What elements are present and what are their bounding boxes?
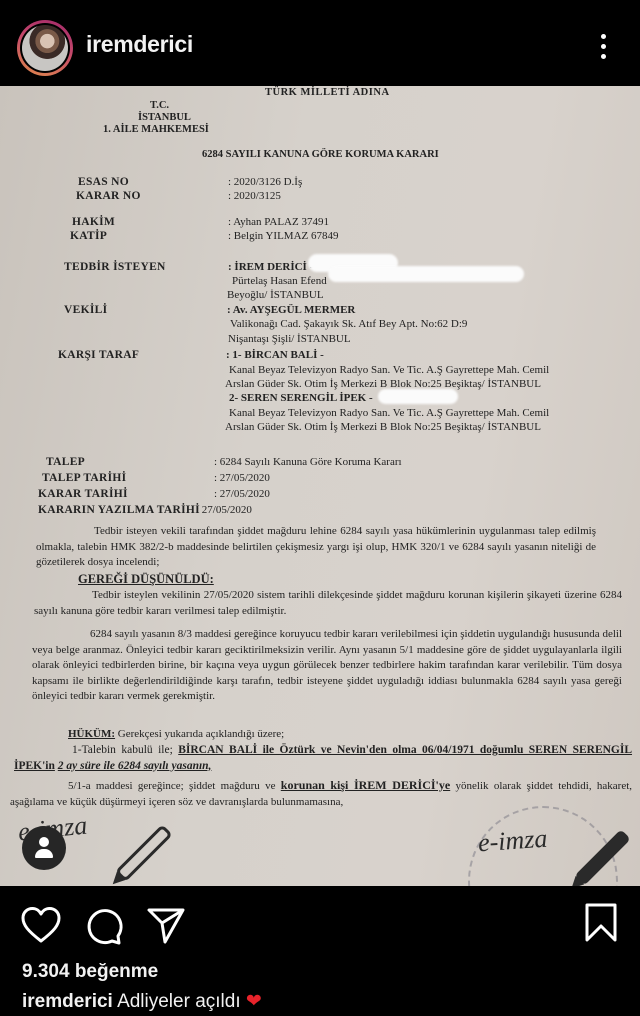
profile-photo [22, 25, 68, 71]
vekili-name: : Av. AYŞEGÜL MERMER [227, 304, 355, 316]
label-karsi-taraf: KARŞI TARAF [58, 349, 139, 361]
paragraph-1: Tedbir isteylen vekilinin 27/05/2020 sis… [34, 588, 622, 619]
hukum-label: HÜKÜM: [68, 728, 115, 740]
post-username[interactable]: iremderici [86, 31, 193, 58]
vekili-city: Nişantaşı Şişli/ İSTANBUL [228, 333, 351, 345]
likes-count[interactable]: 9.304 beğenme [22, 961, 158, 983]
date-value: : 27/05/2020 [214, 472, 270, 484]
doc-court: 1. AİLE MAHKEMESİ [103, 124, 209, 135]
post-header: iremderici [0, 0, 640, 86]
field-value: : Ayhan PALAZ 37491 [228, 216, 329, 228]
tedbir-isteyen-address: Pürtelaş Hasan Efend [232, 275, 327, 287]
comment-icon[interactable] [84, 906, 124, 946]
court-document: TÜRK MİLLETİ ADINA T.C. İSTANBUL 1. AİLE… [0, 86, 640, 886]
more-vertical-icon[interactable] [596, 34, 610, 64]
doc-city: İSTANBUL [138, 112, 191, 123]
karsi-taraf-2-address: Kanal Beyaz Televizyon Radyo San. Ve Tic… [229, 407, 549, 419]
field-label: ESAS NO [78, 176, 129, 188]
karsi-taraf-2-city: Arslan Güder Sk. Otim İş Merkezi B Blok … [225, 421, 541, 433]
tedbir-isteyen-name: : İREM DERİCİ - [228, 261, 313, 273]
send-icon[interactable] [146, 906, 186, 946]
field-value: : 2020/3126 D.İş [228, 176, 302, 188]
field-value: : 2020/3125 [228, 190, 281, 202]
date-label: TALEP [46, 456, 85, 468]
date-label: KARAR TARİHİ [38, 488, 128, 500]
signature-right: e-imza [477, 824, 548, 859]
pen-icon [110, 826, 172, 886]
date-value: : 6284 Sayılı Kanuna Göre Koruma Kararı [214, 456, 402, 468]
user-tag-icon[interactable] [22, 826, 66, 870]
hukum-line: HÜKÜM: Gerekçesi yukarıda açıklandığı üz… [68, 728, 284, 740]
post-image[interactable]: TÜRK MİLLETİ ADINA T.C. İSTANBUL 1. AİLE… [0, 86, 640, 886]
field-label: HAKİM [72, 216, 115, 228]
caption-text: Adliyeler açıldı [117, 991, 241, 1012]
date-label: TALEP TARİHİ [42, 472, 126, 484]
intro-paragraph: Tedbir isteyen vekili tarafından şiddet … [36, 524, 596, 571]
field-value: : Belgin YILMAZ 67849 [228, 230, 339, 242]
caption: iremderici Adliyeler açıldı ❤ [22, 990, 262, 1013]
red-heart-emoji: ❤ [246, 991, 262, 1012]
post-actions [0, 886, 640, 956]
doc-header-line: TÜRK MİLLETİ ADINA [265, 87, 390, 98]
date-value: : 27/05/2020 [214, 488, 270, 500]
label-vekili: VEKİLİ [64, 304, 107, 316]
hukum-text: Gerekçesi yukarıda açıklandığı üzere; [118, 728, 284, 740]
doc-tc: T.C. [150, 100, 169, 111]
vekili-address: Valikonağı Cad. Şakayık Sk. Atıf Bey Apt… [230, 318, 467, 330]
pen-icon [566, 830, 632, 886]
karsi-taraf-1-address: Kanal Beyaz Televizyon Radyo San. Ve Tic… [229, 364, 549, 376]
field-label: KARAR NO [76, 190, 141, 202]
karsi-taraf-2-name: 2- SEREN SERENGİL İPEK - [229, 392, 373, 404]
paragraph-2: 6284 sayılı yasanın 8/3 maddesi gereğinc… [32, 627, 622, 705]
date-label: KARARIN YAZILMA TARİHİ [38, 504, 200, 516]
item-1: 1-Talebin kabulü ile; BİRCAN BALİ ile Öz… [14, 743, 632, 774]
date-value: : 27/05/2020 [196, 504, 252, 516]
doc-title: 6284 SAYILI KANUNA GÖRE KORUMA KARARI [202, 149, 439, 160]
redaction-mark [378, 389, 458, 404]
caption-username[interactable]: iremderici [22, 991, 113, 1012]
karsi-taraf-1-name: : 1- BİRCAN BALİ - [226, 349, 324, 361]
tedbir-isteyen-city: Beyoğlu/ İSTANBUL [227, 289, 324, 301]
avatar[interactable] [17, 20, 73, 76]
label-tedbir-isteyen: TEDBİR İSTEYEN [64, 261, 166, 273]
gerekgi-heading: GEREĞİ DÜŞÜNÜLDÜ: [78, 572, 214, 587]
bookmark-icon[interactable] [584, 903, 618, 943]
redaction-mark [328, 266, 524, 282]
heart-outline-icon[interactable] [20, 906, 62, 946]
field-label: KATİP [70, 230, 107, 242]
